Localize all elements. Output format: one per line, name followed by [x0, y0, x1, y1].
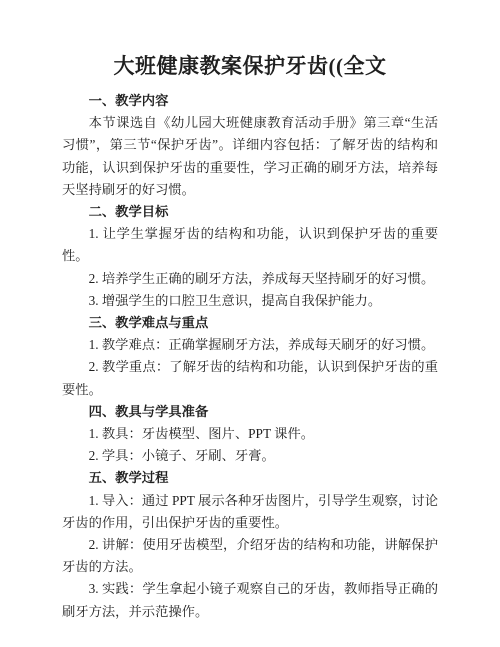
section-teaching-aids: 四、教具与学具准备 1. 教具：牙齿模型、图片、PPT 课件。 2. 学具：小镜… [62, 401, 438, 468]
section-teaching-objectives: 二、教学目标 1. 让学生掌握牙齿的结构和功能，认识到保护牙齿的重要性。 2. … [62, 201, 438, 312]
list-item: 1. 教具：牙齿模型、图片、PPT 课件。 [62, 423, 438, 445]
list-item: 2. 讲解：使用牙齿模型，介绍牙齿的结构和功能，讲解保护牙齿的方法。 [62, 534, 438, 578]
document-page: 大班健康教案保护牙齿((全文 一、教学内容 本节课选自《幼儿园大班健康教育活动手… [0, 0, 500, 647]
section-difficulties-and-key-points: 三、教学难点与重点 1. 教学难点：正确掌握刷牙方法，养成每天刷牙的好习惯。 2… [62, 312, 438, 401]
list-item: 1. 让学生掌握牙齿的结构和功能，认识到保护牙齿的重要性。 [62, 223, 438, 267]
section-teaching-content: 一、教学内容 本节课选自《幼儿园大班健康教育活动手册》第三章“生活习惯”，第三节… [62, 90, 438, 201]
list-item: 1. 教学难点：正确掌握刷牙方法，养成每天刷牙的好习惯。 [62, 334, 438, 356]
list-item: 1. 导入：通过 PPT 展示各种牙齿图片，引导学生观察，讨论牙齿的作用，引出保… [62, 490, 438, 534]
body-paragraph: 本节课选自《幼儿园大班健康教育活动手册》第三章“生活习惯”，第三节“保护牙齿”。… [62, 112, 438, 201]
list-item: 3. 增强学生的口腔卫生意识，提高自我保护能力。 [62, 290, 438, 312]
section-heading: 二、教学目标 [62, 201, 438, 223]
document-title: 大班健康教案保护牙齿((全文 [62, 50, 438, 82]
section-heading: 三、教学难点与重点 [62, 312, 438, 334]
section-teaching-process: 五、教学过程 1. 导入：通过 PPT 展示各种牙齿图片，引导学生观察，讨论牙齿… [62, 467, 438, 622]
list-item: 2. 教学重点：了解牙齿的结构和功能，认识到保护牙齿的重要性。 [62, 356, 438, 400]
list-item: 2. 学具：小镜子、牙刷、牙膏。 [62, 445, 438, 467]
list-item: 3. 实践：学生拿起小镜子观察自己的牙齿，教师指导正确的刷牙方法，并示范操作。 [62, 578, 438, 622]
section-heading: 四、教具与学具准备 [62, 401, 438, 423]
section-heading: 五、教学过程 [62, 467, 438, 489]
section-heading: 一、教学内容 [62, 90, 438, 112]
list-item: 2. 培养学生正确的刷牙方法，养成每天坚持刷牙的好习惯。 [62, 268, 438, 290]
